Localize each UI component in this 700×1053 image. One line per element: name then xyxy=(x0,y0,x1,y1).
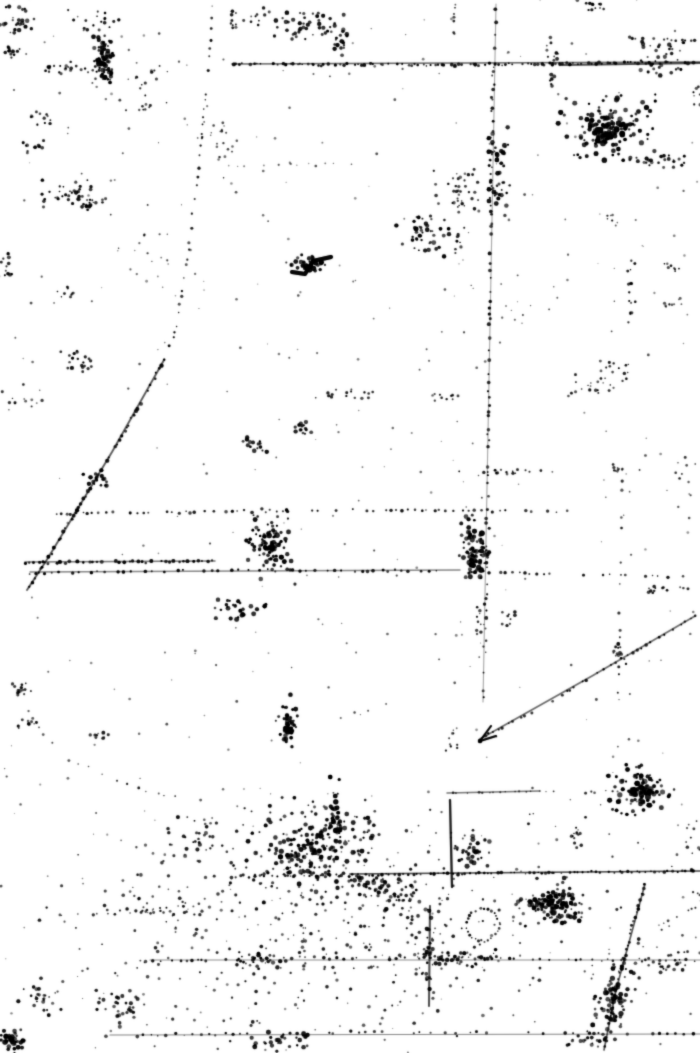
grunge-texture-image xyxy=(0,0,700,1053)
speckle-noise-canvas xyxy=(0,0,700,1053)
